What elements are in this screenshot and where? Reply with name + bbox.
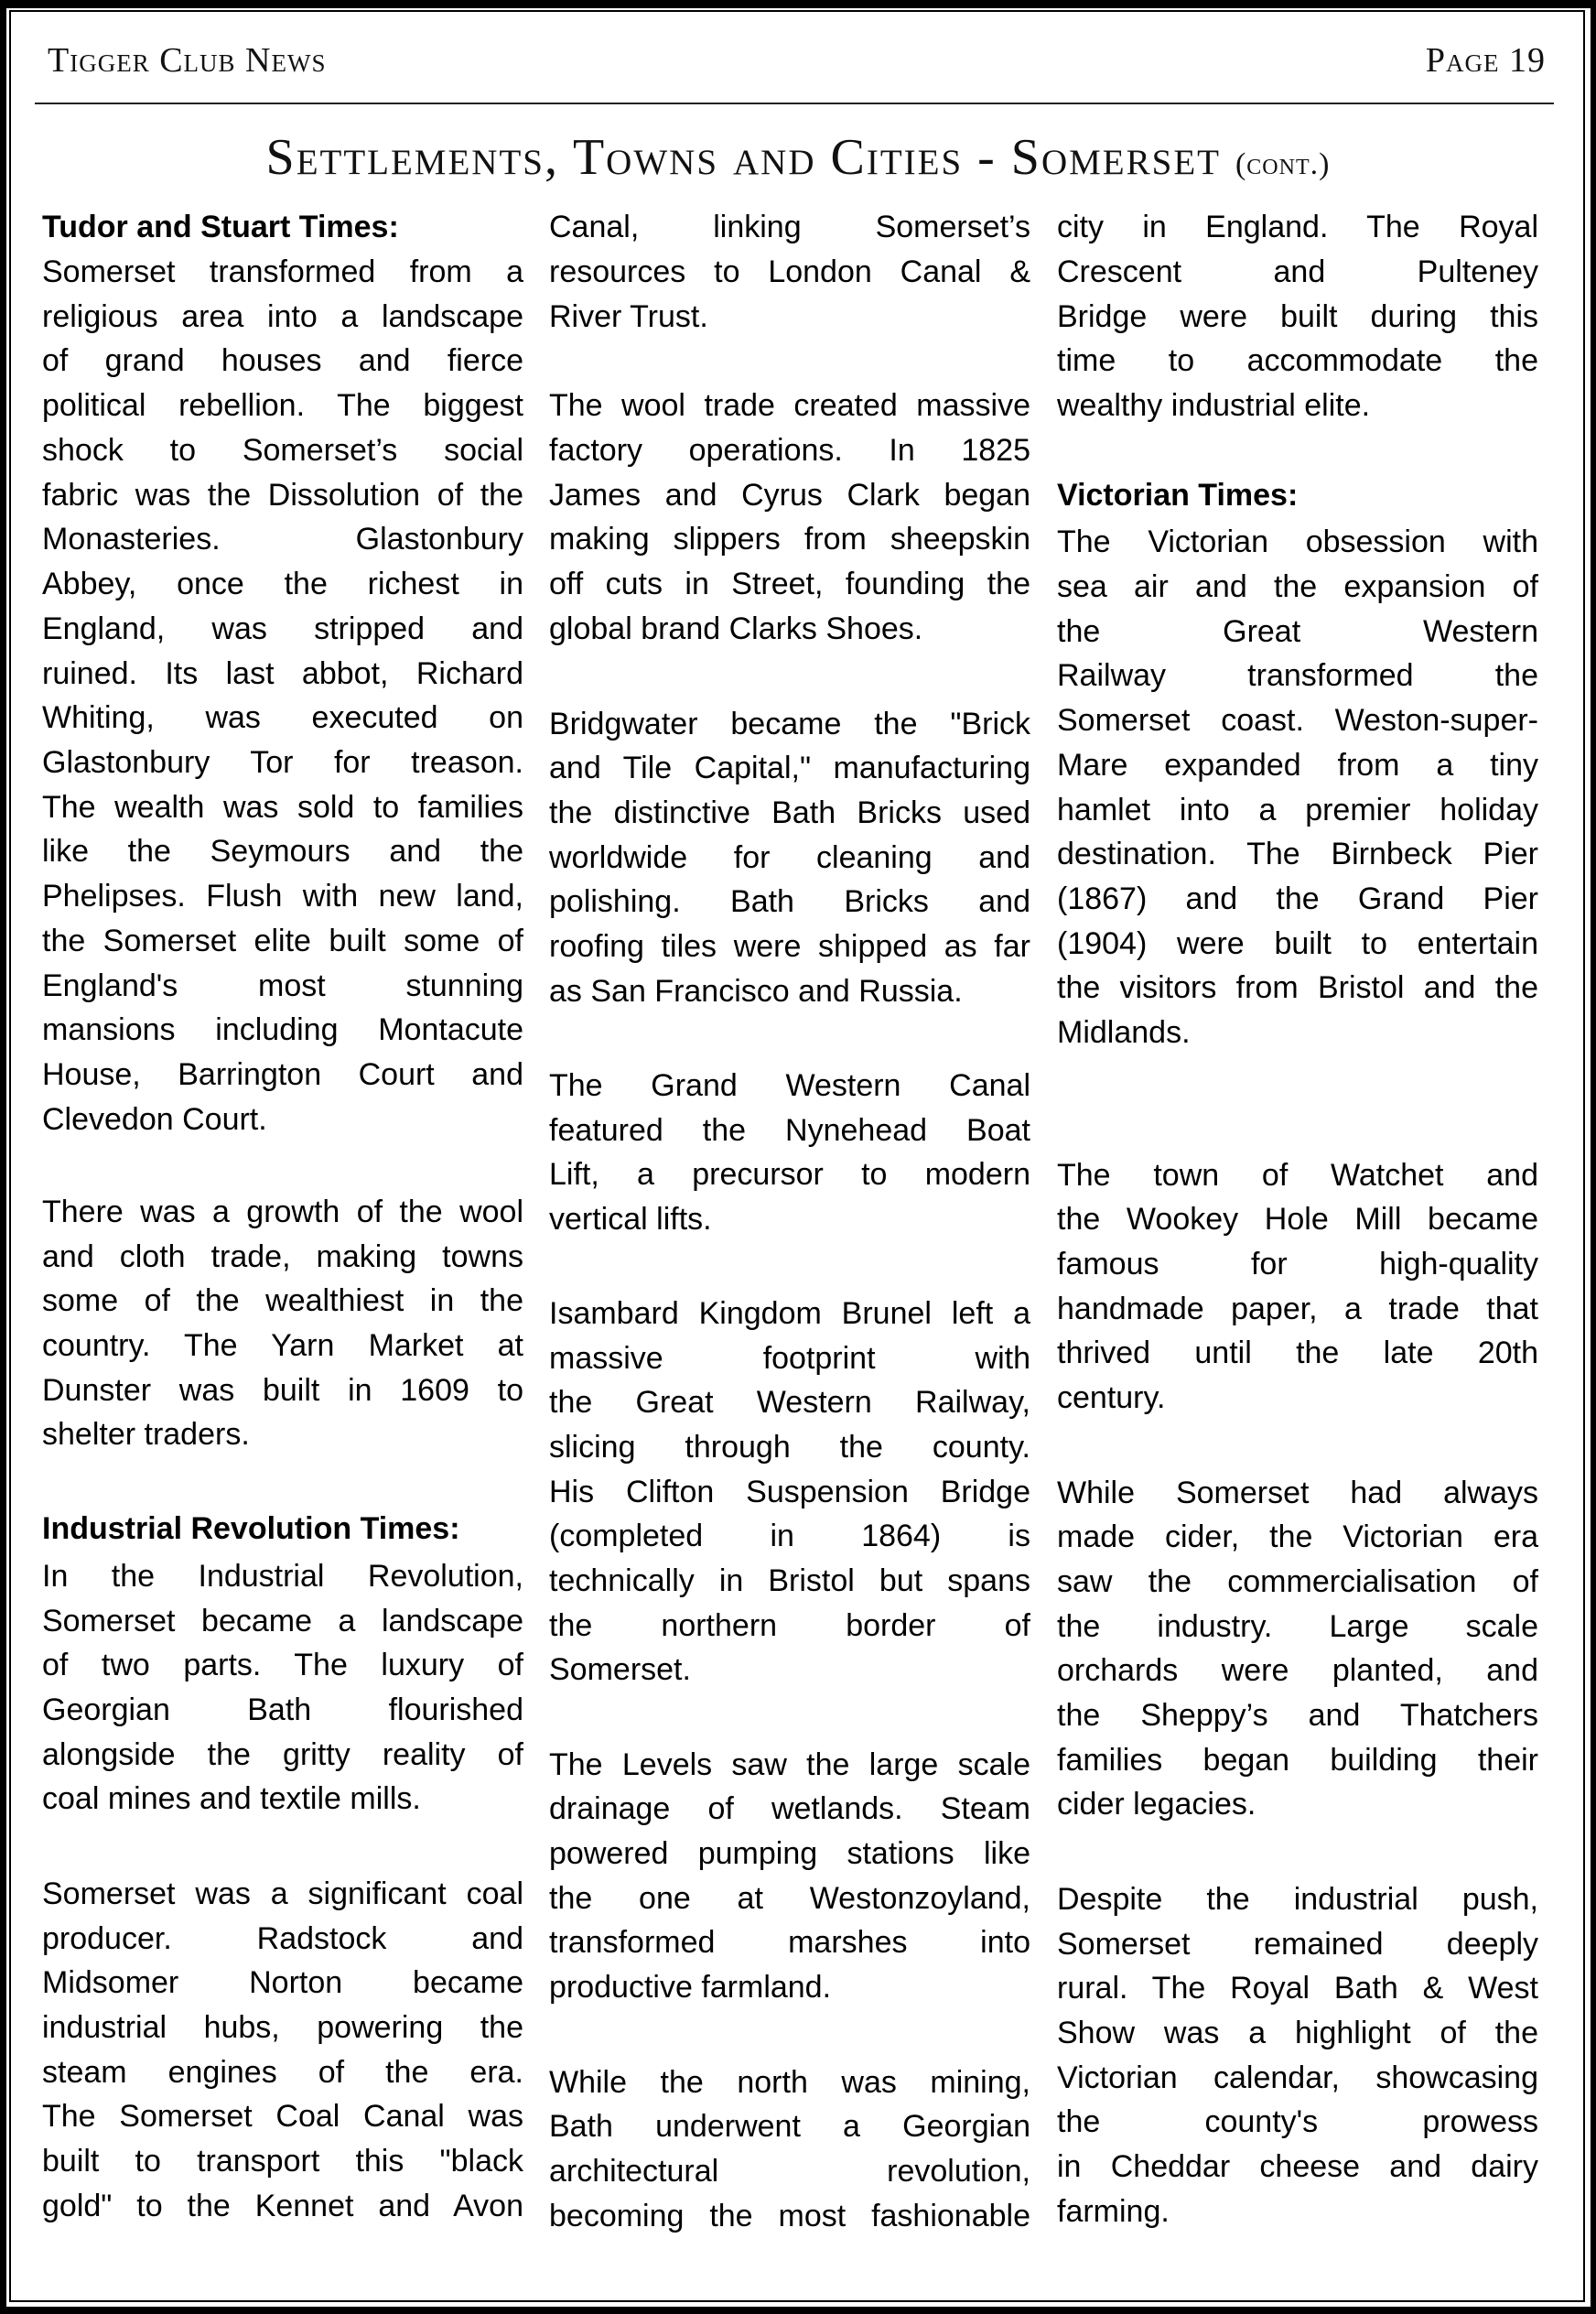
text-line: the industry. Large scale bbox=[1057, 1606, 1538, 1647]
text-line: House, Barrington Court and bbox=[42, 1054, 523, 1095]
text-line: the Sheppy’s and Thatchers bbox=[1057, 1695, 1538, 1735]
text-line: producer. Radstock and bbox=[42, 1919, 523, 1959]
text-line: England's most stunning bbox=[42, 966, 523, 1006]
text-line: Somerset became a landscape bbox=[42, 1601, 523, 1641]
text-line: Railway transformed the bbox=[1057, 655, 1538, 696]
text-line: Canal, linking Somerset’s bbox=[549, 207, 1030, 247]
text-line: the one at Westonzoyland, bbox=[549, 1878, 1030, 1919]
text-line: city in England. The Royal bbox=[1057, 207, 1538, 247]
text-line: in Cheddar cheese and dairy bbox=[1057, 2146, 1538, 2187]
text-line: becoming the most fashionable bbox=[549, 2196, 1030, 2236]
text-line: the Wookey Hole Mill became bbox=[1057, 1199, 1538, 1239]
text-line: farming. bbox=[1057, 2191, 1538, 2232]
text-line: Mare expanded from a tiny bbox=[1057, 745, 1538, 785]
text-line: Despite the industrial push, bbox=[1057, 1879, 1538, 1919]
text-line: religious area into a landscape bbox=[42, 297, 523, 337]
text-line: families began building their bbox=[1057, 1740, 1538, 1780]
text-line: Phelipses. Flush with new land, bbox=[42, 876, 523, 916]
text-line: The wool trade created massive bbox=[549, 385, 1030, 426]
text-line: sea air and the expansion of bbox=[1057, 567, 1538, 607]
text-line: worldwide for cleaning and bbox=[549, 838, 1030, 878]
text-line: (1904) were built to entertain bbox=[1057, 924, 1538, 964]
text-line: the Somerset elite built some of bbox=[42, 921, 523, 961]
text-line: drainage of wetlands. Steam bbox=[549, 1789, 1030, 1829]
text-line: powered pumping stations like bbox=[549, 1833, 1030, 1874]
text-line: vertical lifts. bbox=[549, 1199, 1030, 1239]
text-line: technically in Bristol but spans bbox=[549, 1561, 1030, 1601]
section-heading: Victorian Times: bbox=[1057, 475, 1538, 515]
text-line: gold" to the Kennet and Avon bbox=[42, 2186, 523, 2226]
text-line: Somerset was a significant coal bbox=[42, 1874, 523, 1914]
text-line: productive farmland. bbox=[549, 1967, 1030, 2007]
text-line: The Victorian obsession with bbox=[1057, 522, 1538, 562]
text-line: ruined. Its last abbot, Richard bbox=[42, 654, 523, 694]
text-line: famous for high-quality bbox=[1057, 1244, 1538, 1284]
text-line: industrial hubs, powering the bbox=[42, 2007, 523, 2048]
text-line: Somerset remained deeply bbox=[1057, 1924, 1538, 1964]
publication-name: Tigger Club News bbox=[48, 42, 326, 79]
text-line: steam engines of the era. bbox=[42, 2052, 523, 2092]
text-line: the Great Western bbox=[1057, 611, 1538, 652]
text-line: and cloth trade, making towns bbox=[42, 1237, 523, 1277]
text-line: shock to Somerset’s social bbox=[42, 430, 523, 470]
text-line: fabric was the Dissolution of the bbox=[42, 475, 523, 515]
text-line: The Somerset Coal Canal was bbox=[42, 2096, 523, 2136]
text-line: His Clifton Suspension Bridge bbox=[549, 1472, 1030, 1512]
text-line: rural. The Royal Bath & West bbox=[1057, 1968, 1538, 2008]
article-title: Settlements, Towns and Cities - Somerset… bbox=[0, 128, 1596, 194]
text-line: architectural revolution, bbox=[549, 2151, 1030, 2191]
text-line: The town of Watchet and bbox=[1057, 1155, 1538, 1195]
text-line: In the Industrial Revolution, bbox=[42, 1556, 523, 1596]
text-line: Dunster was built in 1609 to bbox=[42, 1370, 523, 1411]
text-line: The Levels saw the large scale bbox=[549, 1745, 1030, 1785]
text-line: There was a growth of the wool bbox=[42, 1192, 523, 1232]
text-line: Glastonbury Tor for treason. bbox=[42, 742, 523, 783]
text-line: factory operations. In 1825 bbox=[549, 430, 1030, 470]
text-line: coal mines and textile mills. bbox=[42, 1779, 523, 1819]
text-line: political rebellion. The biggest bbox=[42, 385, 523, 426]
text-line: Whiting, was executed on bbox=[42, 697, 523, 738]
text-line: shelter traders. bbox=[42, 1414, 523, 1454]
section-heading: Industrial Revolution Times: bbox=[42, 1508, 523, 1549]
text-line: time to accommodate the bbox=[1057, 341, 1538, 381]
section-heading: Tudor and Stuart Times: bbox=[42, 207, 523, 247]
text-line: Bridgwater became the "Brick bbox=[549, 704, 1030, 744]
text-line: and Tile Capital," manufacturing bbox=[549, 748, 1030, 788]
text-line: While the north was mining, bbox=[549, 2062, 1030, 2103]
text-line: While Somerset had always bbox=[1057, 1473, 1538, 1513]
text-line: The wealth was sold to families bbox=[42, 787, 523, 827]
text-line: some of the wealthiest in the bbox=[42, 1281, 523, 1321]
text-line: resources to London Canal & bbox=[549, 252, 1030, 292]
text-line: handmade paper, a trade that bbox=[1057, 1289, 1538, 1329]
text-line: Lift, a precursor to modern bbox=[549, 1154, 1030, 1195]
text-line: Abbey, once the richest in bbox=[42, 564, 523, 604]
text-line: Georgian Bath flourished bbox=[42, 1690, 523, 1730]
text-line: Crescent and Pulteney bbox=[1057, 252, 1538, 292]
text-line: The Grand Western Canal bbox=[549, 1065, 1030, 1106]
text-line: alongside the gritty reality of bbox=[42, 1735, 523, 1775]
text-line: Somerset coast. Weston-super- bbox=[1057, 700, 1538, 741]
text-line: destination. The Birnbeck Pier bbox=[1057, 834, 1538, 874]
text-line: Bridge were built during this bbox=[1057, 297, 1538, 337]
text-line: the county's prowess bbox=[1057, 2102, 1538, 2142]
text-line: slicing through the county. bbox=[549, 1427, 1030, 1467]
text-line: featured the Nynehead Boat bbox=[549, 1110, 1030, 1151]
text-line: the distinctive Bath Bricks used bbox=[549, 793, 1030, 833]
text-line: orchards were planted, and bbox=[1057, 1650, 1538, 1691]
article-title-main: Settlements, Towns and Cities - Somerset bbox=[266, 129, 1221, 186]
text-line: transformed marshes into bbox=[549, 1922, 1030, 1963]
text-line: making slippers from sheepskin bbox=[549, 519, 1030, 559]
text-line: wealthy industrial elite. bbox=[1057, 385, 1538, 426]
text-line: cider legacies. bbox=[1057, 1784, 1538, 1824]
text-line: hamlet into a premier holiday bbox=[1057, 790, 1538, 830]
article-title-suffix: (cont.) bbox=[1235, 147, 1330, 181]
text-line: saw the commercialisation of bbox=[1057, 1562, 1538, 1602]
text-line: massive footprint with bbox=[549, 1338, 1030, 1379]
text-line: Victorian calendar, showcasing bbox=[1057, 2058, 1538, 2098]
text-line: Somerset. bbox=[549, 1649, 1030, 1690]
text-line: like the Seymours and the bbox=[42, 831, 523, 871]
text-line: as San Francisco and Russia. bbox=[549, 971, 1030, 1011]
text-line: polishing. Bath Bricks and bbox=[549, 881, 1030, 922]
text-line: of two parts. The luxury of bbox=[42, 1645, 523, 1685]
text-line: Midlands. bbox=[1057, 1012, 1538, 1053]
text-line: century. bbox=[1057, 1378, 1538, 1418]
text-line: country. The Yarn Market at bbox=[42, 1325, 523, 1366]
text-line: (1867) and the Grand Pier bbox=[1057, 879, 1538, 919]
text-line: Show was a highlight of the bbox=[1057, 2013, 1538, 2053]
text-line: Monasteries. Glastonbury bbox=[42, 519, 523, 559]
text-line: thrived until the late 20th bbox=[1057, 1333, 1538, 1373]
text-line: Midsomer Norton became bbox=[42, 1963, 523, 2003]
text-line: off cuts in Street, founding the bbox=[549, 564, 1030, 604]
header-divider bbox=[35, 103, 1554, 104]
text-line: of grand houses and fierce bbox=[42, 341, 523, 381]
page-number: Page 19 bbox=[1426, 42, 1546, 79]
text-line: made cider, the Victorian era bbox=[1057, 1517, 1538, 1557]
text-line: James and Cyrus Clark began bbox=[549, 475, 1030, 515]
text-line: global brand Clarks Shoes. bbox=[549, 609, 1030, 649]
text-line: Somerset transformed from a bbox=[42, 252, 523, 292]
text-line: Isambard Kingdom Brunel left a bbox=[549, 1293, 1030, 1334]
text-line: built to transport this "black bbox=[42, 2141, 523, 2181]
text-line: Clevedon Court. bbox=[42, 1099, 523, 1140]
text-line: roofing tiles were shipped as far bbox=[549, 926, 1030, 967]
text-line: the Great Western Railway, bbox=[549, 1382, 1030, 1422]
text-line: Bath underwent a Georgian bbox=[549, 2106, 1030, 2146]
text-line: the northern border of bbox=[549, 1606, 1030, 1646]
text-line: the visitors from Bristol and the bbox=[1057, 968, 1538, 1008]
text-line: (completed in 1864) is bbox=[549, 1516, 1030, 1556]
text-line: River Trust. bbox=[549, 297, 1030, 337]
text-line: mansions including Montacute bbox=[42, 1010, 523, 1050]
text-line: England, was stripped and bbox=[42, 609, 523, 649]
